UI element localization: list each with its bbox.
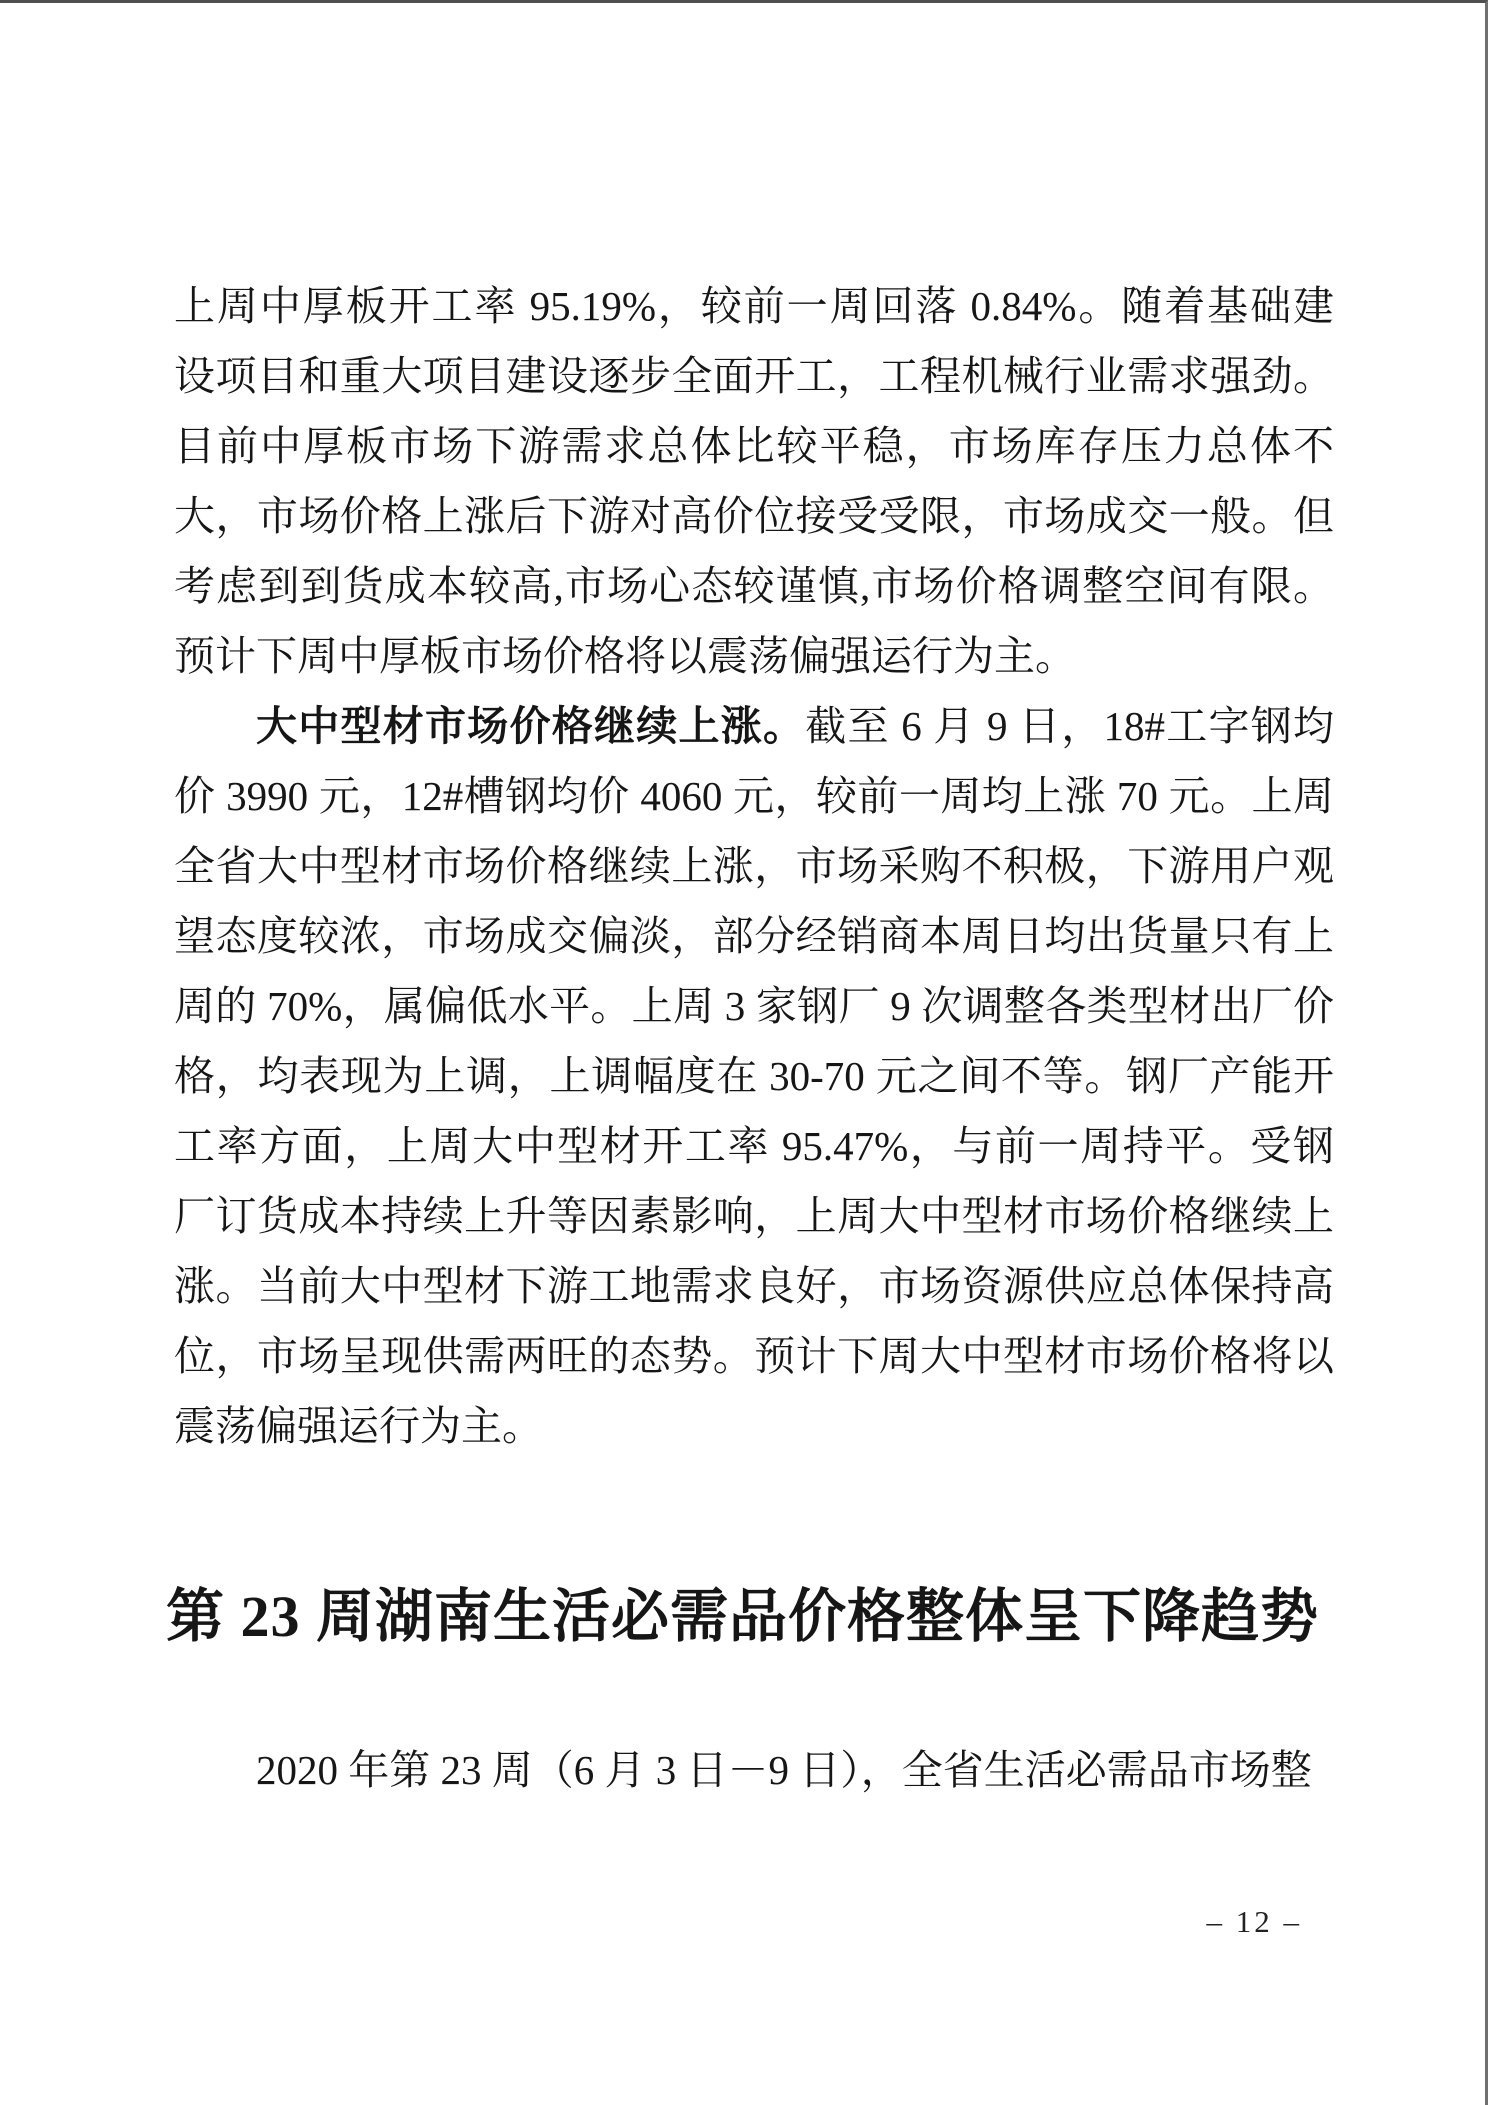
paragraph-lines: 上周中厚板开工率 95.19%，较前一周回落 0.84%。随着基础建设项目和重大…	[174, 271, 1334, 691]
text-line: 工率方面，上周大中型材开工率 95.47%，与前一周持平。受钢	[174, 1111, 1334, 1181]
text-line: 预计下周中厚板市场价格将以震荡偏强运行为主。	[174, 621, 1334, 691]
text-line: 震荡偏强运行为主。	[174, 1391, 1334, 1461]
paragraph-lines: 价 3990 元，12#槽钢均价 4060 元，较前一周均上涨 70 元。上周全…	[174, 761, 1334, 1461]
paragraph-week23-intro: 2020 年第 23 周（6 月 3 日－9 日），全省生活必需品市场整	[174, 1735, 1334, 1805]
text-line: 全省大中型材市场价格继续上涨，市场采购不积极，下游用户观	[174, 831, 1334, 901]
text-line: 设项目和重大项目建设逐步全面开工，工程机械行业需求强劲。	[174, 341, 1334, 411]
text-line: 考虑到到货成本较高,市场心态较谨慎,市场价格调整空间有限。	[174, 551, 1334, 621]
text-line: 厂订货成本持续上升等因素影响，上周大中型材市场价格继续上	[174, 1181, 1334, 1251]
text-line: 大，市场价格上涨后下游对高价位接受受限，市场成交一般。但	[174, 481, 1334, 551]
page-number: – 12 –	[1207, 1904, 1303, 1940]
text-line-with-lead: 大中型材市场价格继续上涨。截至 6 月 9 日，18#工字钢均	[174, 691, 1334, 761]
text-line: 望态度较浓，市场成交偏淡，部分经销商本周日均出货量只有上	[174, 901, 1334, 971]
paragraph-medium-plate-market: 上周中厚板开工率 95.19%，较前一周回落 0.84%。随着基础建设项目和重大…	[174, 271, 1334, 691]
paragraph-large-medium-sections-market: 大中型材市场价格继续上涨。截至 6 月 9 日，18#工字钢均 价 3990 元…	[174, 691, 1334, 1461]
text-line: 上周中厚板开工率 95.19%，较前一周回落 0.84%。随着基础建	[174, 271, 1334, 341]
text-line: 位，市场呈现供需两旺的态势。预计下周大中型材市场价格将以	[174, 1321, 1334, 1391]
section-heading-week23-hunan-necessities: 第 23 周湖南生活必需品价格整体呈下降趋势	[0, 1575, 1485, 1659]
lead-rest-text: 截至 6 月 9 日，18#工字钢均	[805, 703, 1334, 749]
page-body-text: 上周中厚板开工率 95.19%，较前一周回落 0.84%。随着基础建设项目和重大…	[174, 271, 1334, 1461]
lead-bold-text: 大中型材市场价格继续上涨。	[256, 703, 805, 749]
text-line: 周的 70%，属偏低水平。上周 3 家钢厂 9 次调整各类型材出厂价	[174, 971, 1334, 1041]
text-line: 价 3990 元，12#槽钢均价 4060 元，较前一周均上涨 70 元。上周	[174, 761, 1334, 831]
text-line: 涨。当前大中型材下游工地需求良好，市场资源供应总体保持高	[174, 1251, 1334, 1321]
document-page: 上周中厚板开工率 95.19%，较前一周回落 0.84%。随着基础建设项目和重大…	[0, 0, 1488, 2105]
text-line: 格，均表现为上调，上调幅度在 30-70 元之间不等。钢厂产能开	[174, 1041, 1334, 1111]
text-line: 目前中厚板市场下游需求总体比较平稳，市场库存压力总体不	[174, 411, 1334, 481]
